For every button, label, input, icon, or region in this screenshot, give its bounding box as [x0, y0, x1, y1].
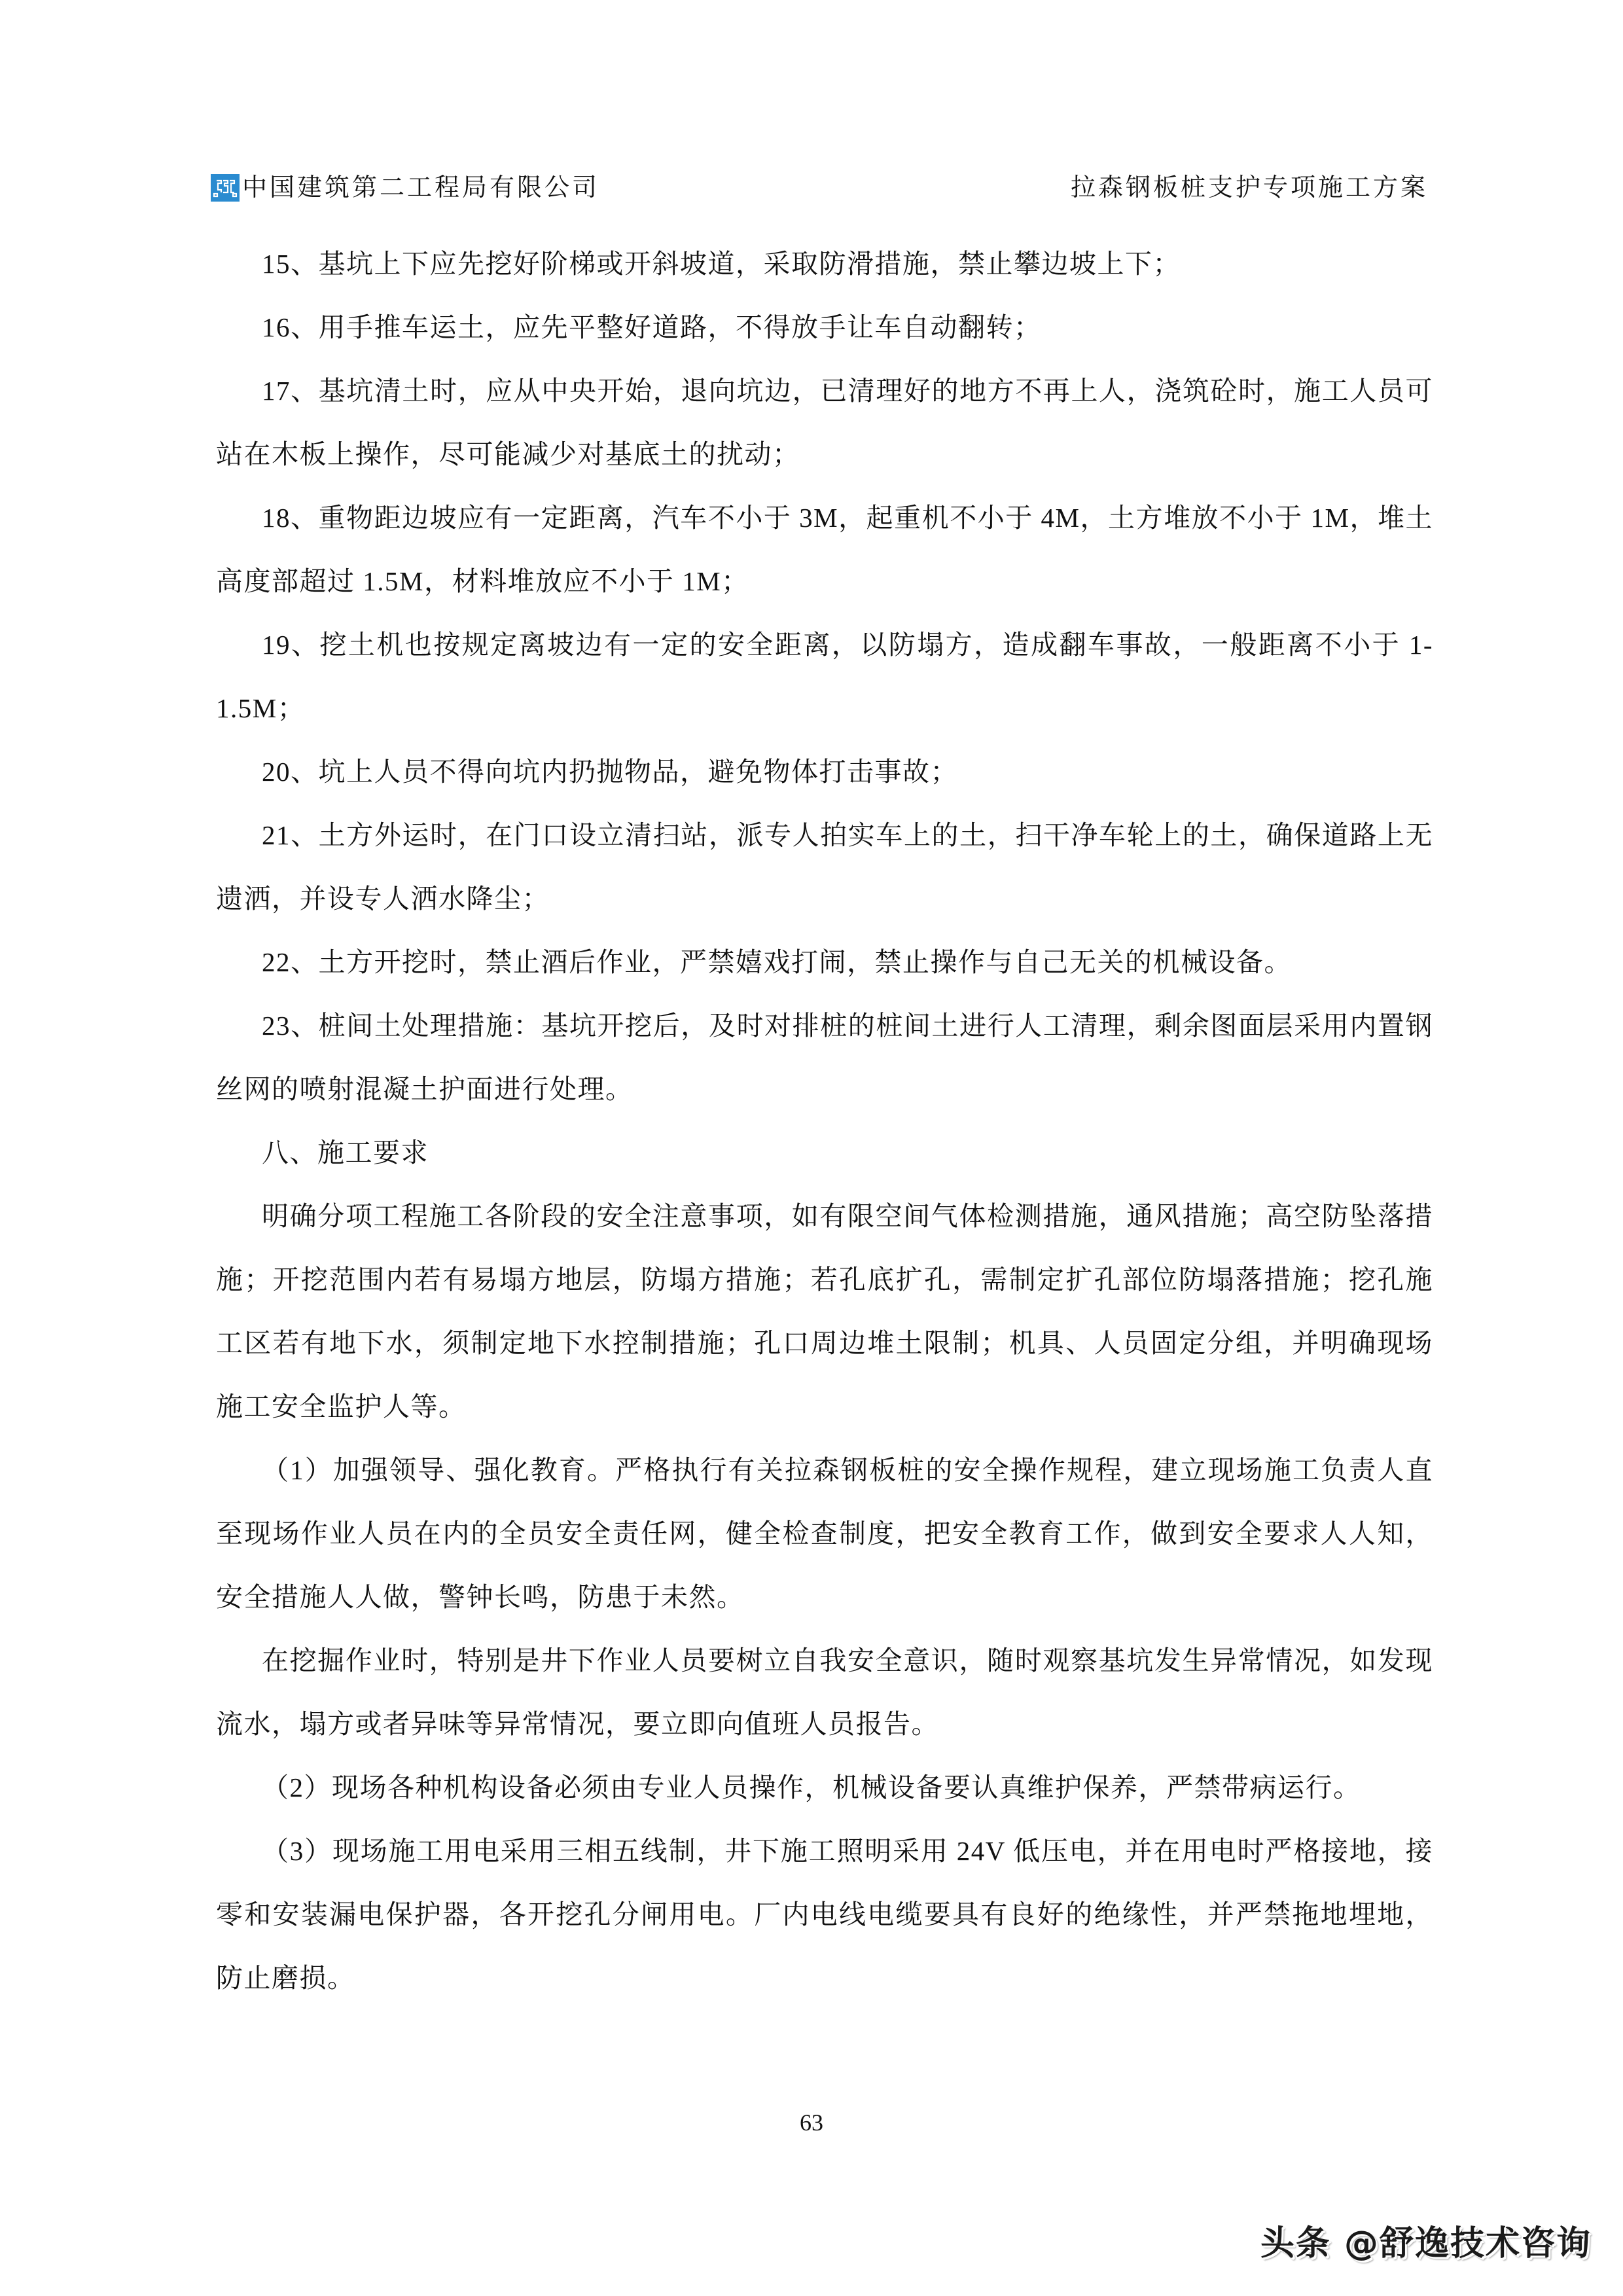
paragraph: （1）加强领导、强化教育。严格执行有关拉森钢板桩的安全操作规程，建立现场施工负责…: [216, 1439, 1433, 1629]
header-document-title: 拉森钢板桩支护专项施工方案: [1071, 171, 1428, 204]
section-heading: 八、施工要求: [216, 1121, 1433, 1185]
paragraph: 在挖掘作业时，特别是井下作业人员要树立自我安全意识，随时观察基坑发生异常情况，如…: [216, 1629, 1433, 1756]
list-item: 16、用手推车运土，应先平整好道路，不得放手让车自动翻转；: [216, 296, 1433, 359]
paragraph: 明确分项工程施工各阶段的安全注意事项，如有限空间气体检测措施，通风措施；高空防坠…: [216, 1185, 1433, 1439]
paragraph: （3）现场施工用电采用三相五线制，井下施工照明采用 24V 低压电，并在用电时严…: [216, 1820, 1433, 2010]
list-item: 20、坑上人员不得向坑内扔抛物品，避免物体打击事故；: [216, 740, 1433, 804]
page-header: 中国建筑第二工程局有限公司 拉森钢板桩支护专项施工方案: [211, 171, 1428, 211]
header-company-block: 中国建筑第二工程局有限公司: [211, 171, 599, 204]
list-item: 15、基坑上下应先挖好阶梯或开斜坡道，采取防滑措施，禁止攀边坡上下；: [216, 232, 1433, 296]
list-item: 22、土方开挖时，禁止酒后作业，严禁嬉戏打闹，禁止操作与自己无关的机械设备。: [216, 931, 1433, 994]
list-item: 23、桩间土处理措施：基坑开挖后，及时对排桩的桩间土进行人工清理，剩余图面层采用…: [216, 994, 1433, 1121]
list-item: 18、重物距边坡应有一定距离，汽车不小于 3M，起重机不小于 4M，土方堆放不小…: [216, 486, 1433, 613]
paragraph: （2）现场各种机构设备必须由专业人员操作，机械设备要认真维护保养，严禁带病运行。: [216, 1756, 1433, 1820]
document-body: 15、基坑上下应先挖好阶梯或开斜坡道，采取防滑措施，禁止攀边坡上下； 16、用手…: [216, 232, 1433, 2010]
list-item: 21、土方外运时，在门口设立清扫站，派专人拍实车上的土，扫干净车轮上的土，确保道…: [216, 804, 1433, 931]
list-item: 17、基坑清土时，应从中央开始，退向坑边，已清理好的地方不再上人，浇筑砼时，施工…: [216, 359, 1433, 486]
list-item: 19、挖土机也按规定离坡边有一定的安全距离，以防塌方，造成翻车事故，一般距离不小…: [216, 613, 1433, 740]
header-company-name: 中国建筑第二工程局有限公司: [242, 171, 599, 204]
page-number: 63: [0, 2109, 1623, 2136]
watermark: 头条 @舒逸技术咨询: [1260, 2215, 1592, 2265]
company-logo-icon: [211, 174, 240, 202]
